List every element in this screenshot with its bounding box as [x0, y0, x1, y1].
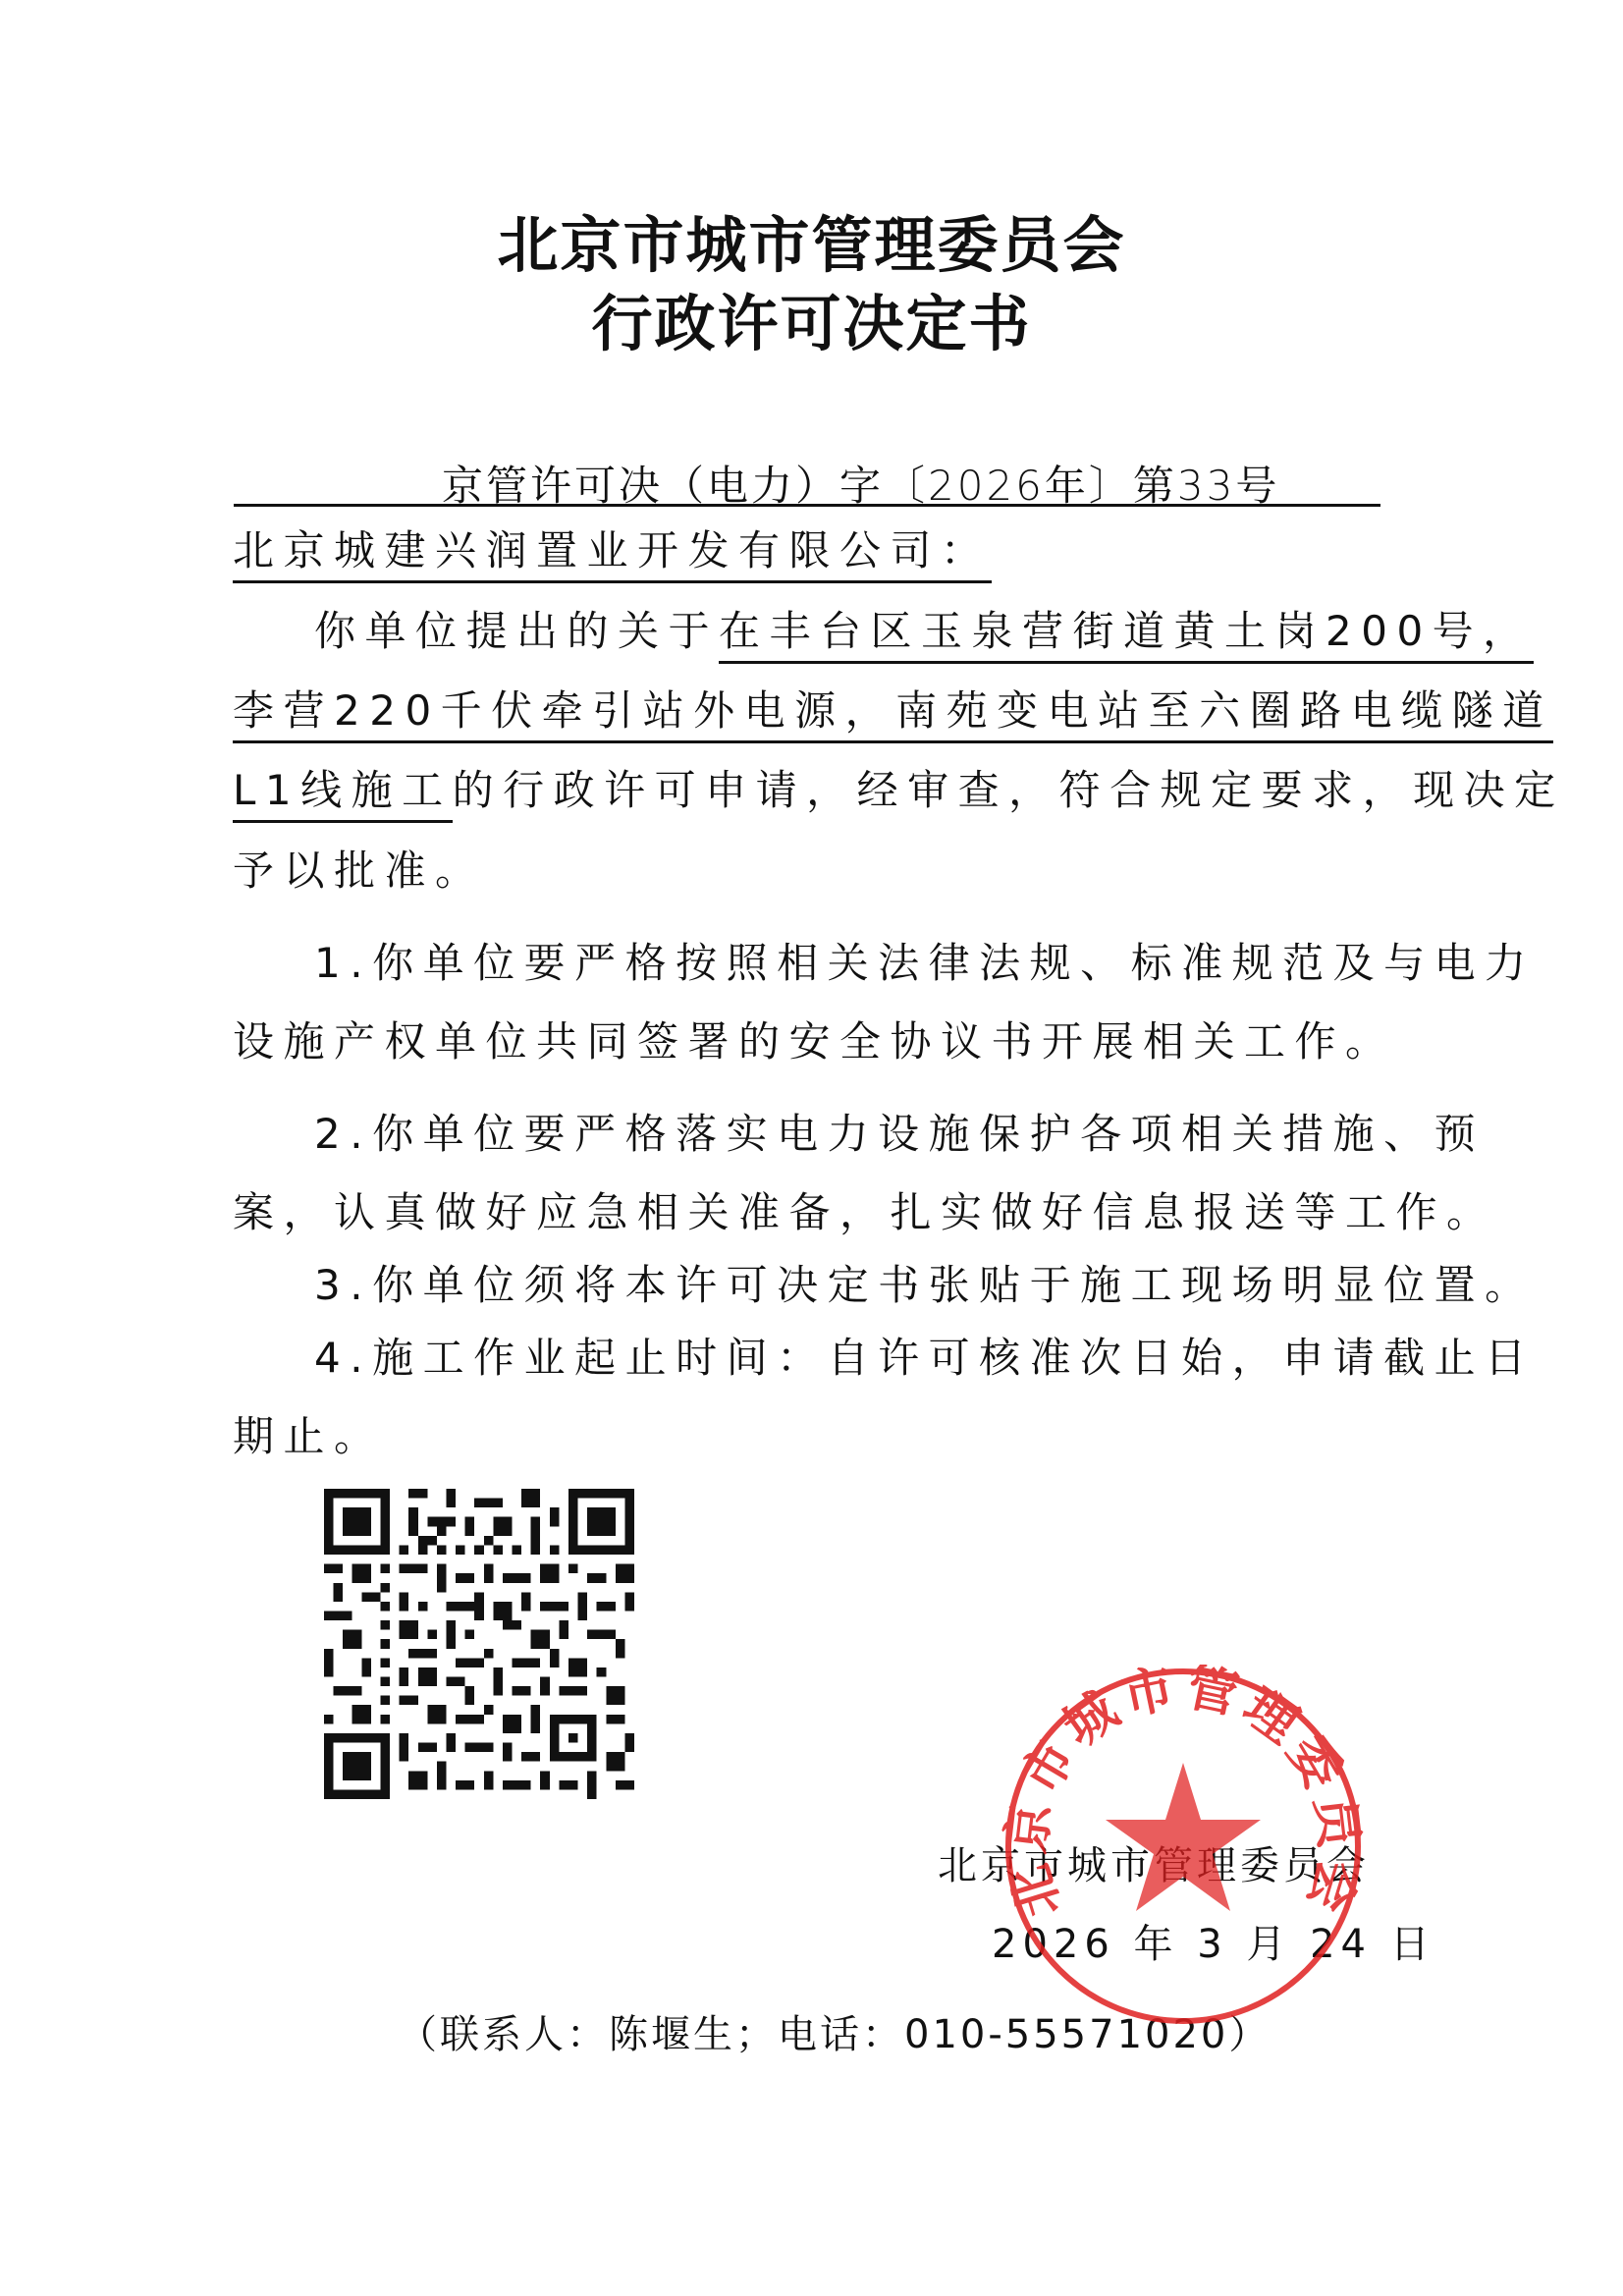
condition-3-line-1: 3.你单位须将本许可决定书张贴于施工现场明显位置。 — [314, 1265, 1536, 1306]
condition-2-line-1: 2.你单位要严格落实电力设施保护各项相关措施、预 — [314, 1114, 1485, 1155]
project-description: 李营220千伏牵引站外电源，南苑变电站至六圈路电缆隧道 — [233, 686, 1553, 743]
condition-2-line-2: 案，认真做好应急相关准备，扎实做好信息报送等工作。 — [233, 1192, 1497, 1233]
issuer-title: 北京市城市管理委员会 — [0, 196, 1623, 284]
contact-info: （联系人：陈堰生；电话：010-55571020） — [398, 2003, 1271, 2059]
body-paragraph-1-line-1: 你单位提出的关于在丰台区玉泉营街道黄土岗200号， — [314, 611, 1534, 652]
condition-4-line-2: 期止。 — [233, 1416, 385, 1457]
body-text: 你单位提出的关于 — [314, 607, 719, 655]
document-type-title: 行政许可决定书 — [0, 275, 1623, 362]
condition-1-line-2: 设施产权单位共同签署的安全协议书开展相关工作。 — [233, 1021, 1396, 1063]
signing-organization: 北京市城市管理委员会 — [938, 1834, 1370, 1890]
recipient-name: 北京城建兴润置业开发有限公司： — [233, 526, 992, 583]
body-paragraph-1-line-2: 李营220千伏牵引站外电源，南苑变电站至六圈路电缆隧道 — [233, 690, 1553, 732]
body-paragraph-1-line-3: L1线施工的行政许可申请，经审查，符合规定要求，现决定 — [233, 770, 1565, 811]
header-divider — [234, 504, 1380, 507]
body-text: 的行政许可申请，经审查，符合规定要求，现决定 — [453, 766, 1565, 814]
recipient: 北京城建兴润置业开发有限公司： — [233, 530, 992, 572]
qr-code-icon — [324, 1489, 634, 1799]
project-location: 在丰台区玉泉营街道黄土岗200号， — [719, 607, 1534, 664]
project-name: L1线施工 — [233, 766, 453, 823]
issue-date: 2026 年 3 月 24 日 — [992, 1913, 1435, 1969]
body-paragraph-1-line-4: 予以批准。 — [233, 850, 486, 892]
condition-4-line-1: 4.施工作业起止时间：自许可核准次日始，申请截止日 — [314, 1338, 1536, 1379]
condition-1-line-1: 1.你单位要严格按照相关法律法规、标准规范及与电力 — [314, 943, 1536, 984]
